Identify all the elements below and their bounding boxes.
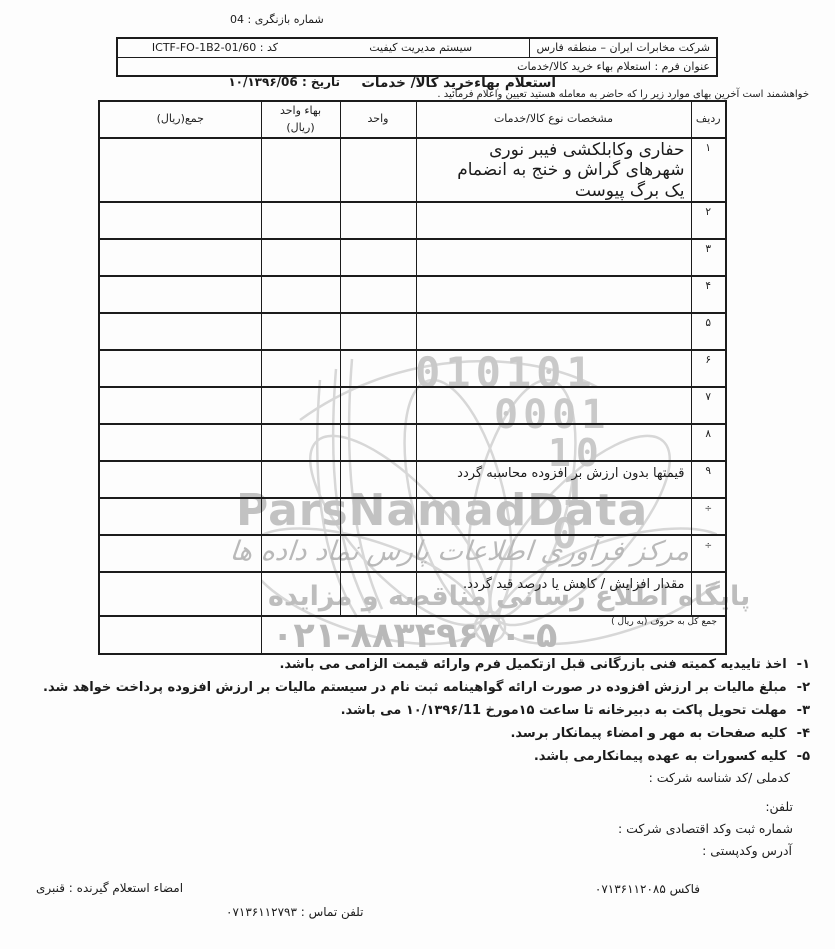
note-text: مهلت تحویل پاکت به دبیرخانه تا ساعت ۱۵مو… [481, 703, 787, 718]
row-number: ۳ [691, 239, 726, 276]
note-item-3: ۳-مهلت تحویل پاکت به دبیرخانه تا ساعت ۱۵… [43, 699, 810, 722]
revision-number: شماره بازنگری : 04 [230, 13, 324, 26]
national-id-field-label: کدملی /کد شناسه شرکت : [649, 770, 790, 785]
quality-system-label: سیستم مدیریت کیفیت [312, 38, 530, 57]
date-value: ۱۰/۱۳۹۶/06 [228, 75, 297, 89]
document-date: تاریخ : ۱۰/۱۳۹۶/06 [228, 75, 340, 89]
note-number: ۵- [797, 745, 810, 768]
note-text: اخذ تاییدیه کمیته فنی بازرگانی قبل ازتکم… [279, 657, 786, 672]
note-item-5: ۵-کلیه کسورات به عهده پیمانکارمی باشد. [43, 745, 810, 768]
header-table: شرکت مخابرات ایران – منطقه فارس سیستم مد… [116, 37, 718, 77]
note-item-1: ۱-اخذ تاییدیه کمیته فنی بازرگانی قبل ازت… [43, 653, 810, 676]
form-title-row: عنوان فرم : استعلام بهاء خرید کالا/خدمات [117, 57, 717, 76]
row-number: ÷ [691, 535, 726, 572]
row-number: ۲ [691, 202, 726, 239]
table-row: ۸ [99, 424, 726, 461]
table-row: ۵ [99, 313, 726, 350]
phone-field-label: تلفن: [765, 799, 793, 814]
row-description [416, 350, 691, 387]
row-number: ۹ [691, 461, 726, 498]
table-footer-row: جمع کل به حروف (به ریال ) [99, 616, 726, 654]
row-description [416, 202, 691, 239]
date-label: تاریخ : [302, 75, 340, 89]
row-description [416, 535, 691, 572]
table-row: ۲ [99, 202, 726, 239]
row-description: قیمتها بدون ارزش بر افزوده محاسبه گردد [416, 461, 691, 498]
table-row: ÷ [99, 535, 726, 572]
document-page: 010101 0001 10 1 0 ParsNamadData مرکز فر… [0, 0, 835, 949]
col-header-total: جمع(ریال) [99, 101, 261, 138]
note-text: می باشد. [341, 703, 406, 718]
row-number: ۵ [691, 313, 726, 350]
fax-number: فاکس ۰۷۱۳۶۱۱۲۰۸۵ [595, 882, 700, 896]
row-unit-price-cell [261, 138, 340, 202]
table-row: ۳ [99, 239, 726, 276]
note-number: ۴- [797, 722, 810, 745]
row-number: ۶ [691, 350, 726, 387]
row-description: مقدار افزایش / کاهش یا درصد قید گردد. [416, 572, 691, 616]
table-row: ۱ حفاری وکابلکشی فیبر نوری شهرهای گراش و… [99, 138, 726, 202]
table-row: ۶ [99, 350, 726, 387]
note-text: کلیه صفحات به مهر و امضاء پیمانکار برسد. [510, 726, 786, 741]
row-number: ÷ [691, 498, 726, 535]
form-code: کد : ICTF-FO-1B2-01/60 [117, 38, 312, 57]
row-number [691, 572, 726, 616]
deadline-date: ۱۰/۱۳۹۶/11 [406, 703, 481, 718]
row-unit-cell [340, 138, 416, 202]
row-description [416, 387, 691, 424]
request-line: خواهشمند است آخرین بهای موارد زیر را که … [437, 89, 809, 100]
row-description [416, 239, 691, 276]
row-description [416, 498, 691, 535]
row-total-cell [99, 138, 261, 202]
items-table: ردیف مشخصات نوع کالا/خدمات واحد بهاء واح… [98, 100, 727, 655]
note-item-2: ۲-مبلغ مالیات بر ارزش افزوده در صورت ارا… [43, 676, 810, 699]
row-description: حفاری وکابلکشی فیبر نوری شهرهای گراش و خ… [416, 138, 691, 202]
col-header-unit-price: بهاء واحد (ریال) [261, 101, 340, 138]
row-description [416, 276, 691, 313]
note-text: مبلغ مالیات بر ارزش افزوده در صورت ارائه… [43, 680, 787, 695]
inquiry-receiver-signature: امضاء استعلام گیرنده : قنبری [36, 881, 183, 895]
contact-phone: تلفن تماس : ۰۷۱۳۶۱۱۲۷۹۳ [226, 905, 364, 919]
row-number: ۷ [691, 387, 726, 424]
note-item-4: ۴-کلیه صفحات به مهر و امضاء پیمانکار برس… [43, 722, 810, 745]
note-number: ۱- [797, 653, 810, 676]
note-number: ۳- [797, 699, 810, 722]
company-name: شرکت مخابرات ایران – منطقه فارس [530, 38, 717, 57]
note-number: ۲- [797, 676, 810, 699]
row-number: ۱ [691, 138, 726, 202]
row-number: ۸ [691, 424, 726, 461]
table-row: ۹ قیمتها بدون ارزش بر افزوده محاسبه گردد [99, 461, 726, 498]
items-table-header-row: ردیف مشخصات نوع کالا/خدمات واحد بهاء واح… [99, 101, 726, 138]
row-description [416, 313, 691, 350]
table-row: ۴ [99, 276, 726, 313]
notes-list: ۱-اخذ تاییدیه کمیته فنی بازرگانی قبل ازت… [43, 653, 810, 768]
col-header-row-number: ردیف [691, 101, 726, 138]
col-header-description: مشخصات نوع کالا/خدمات [416, 101, 691, 138]
table-row: ۷ [99, 387, 726, 424]
row-description [416, 424, 691, 461]
address-field-label: آدرس وکدپستی : [702, 843, 792, 858]
row-number: ۴ [691, 276, 726, 313]
col-header-unit: واحد [340, 101, 416, 138]
table-row: ÷ [99, 498, 726, 535]
table-row: مقدار افزایش / کاهش یا درصد قید گردد. [99, 572, 726, 616]
note-text: کلیه کسورات به عهده پیمانکارمی باشد. [534, 749, 787, 764]
registration-field-label: شماره ثبت وکد اقتصادی شرکت : [618, 821, 793, 836]
grand-total-cell [99, 616, 261, 654]
grand-total-in-words-label: جمع کل به حروف (به ریال ) [261, 616, 726, 654]
